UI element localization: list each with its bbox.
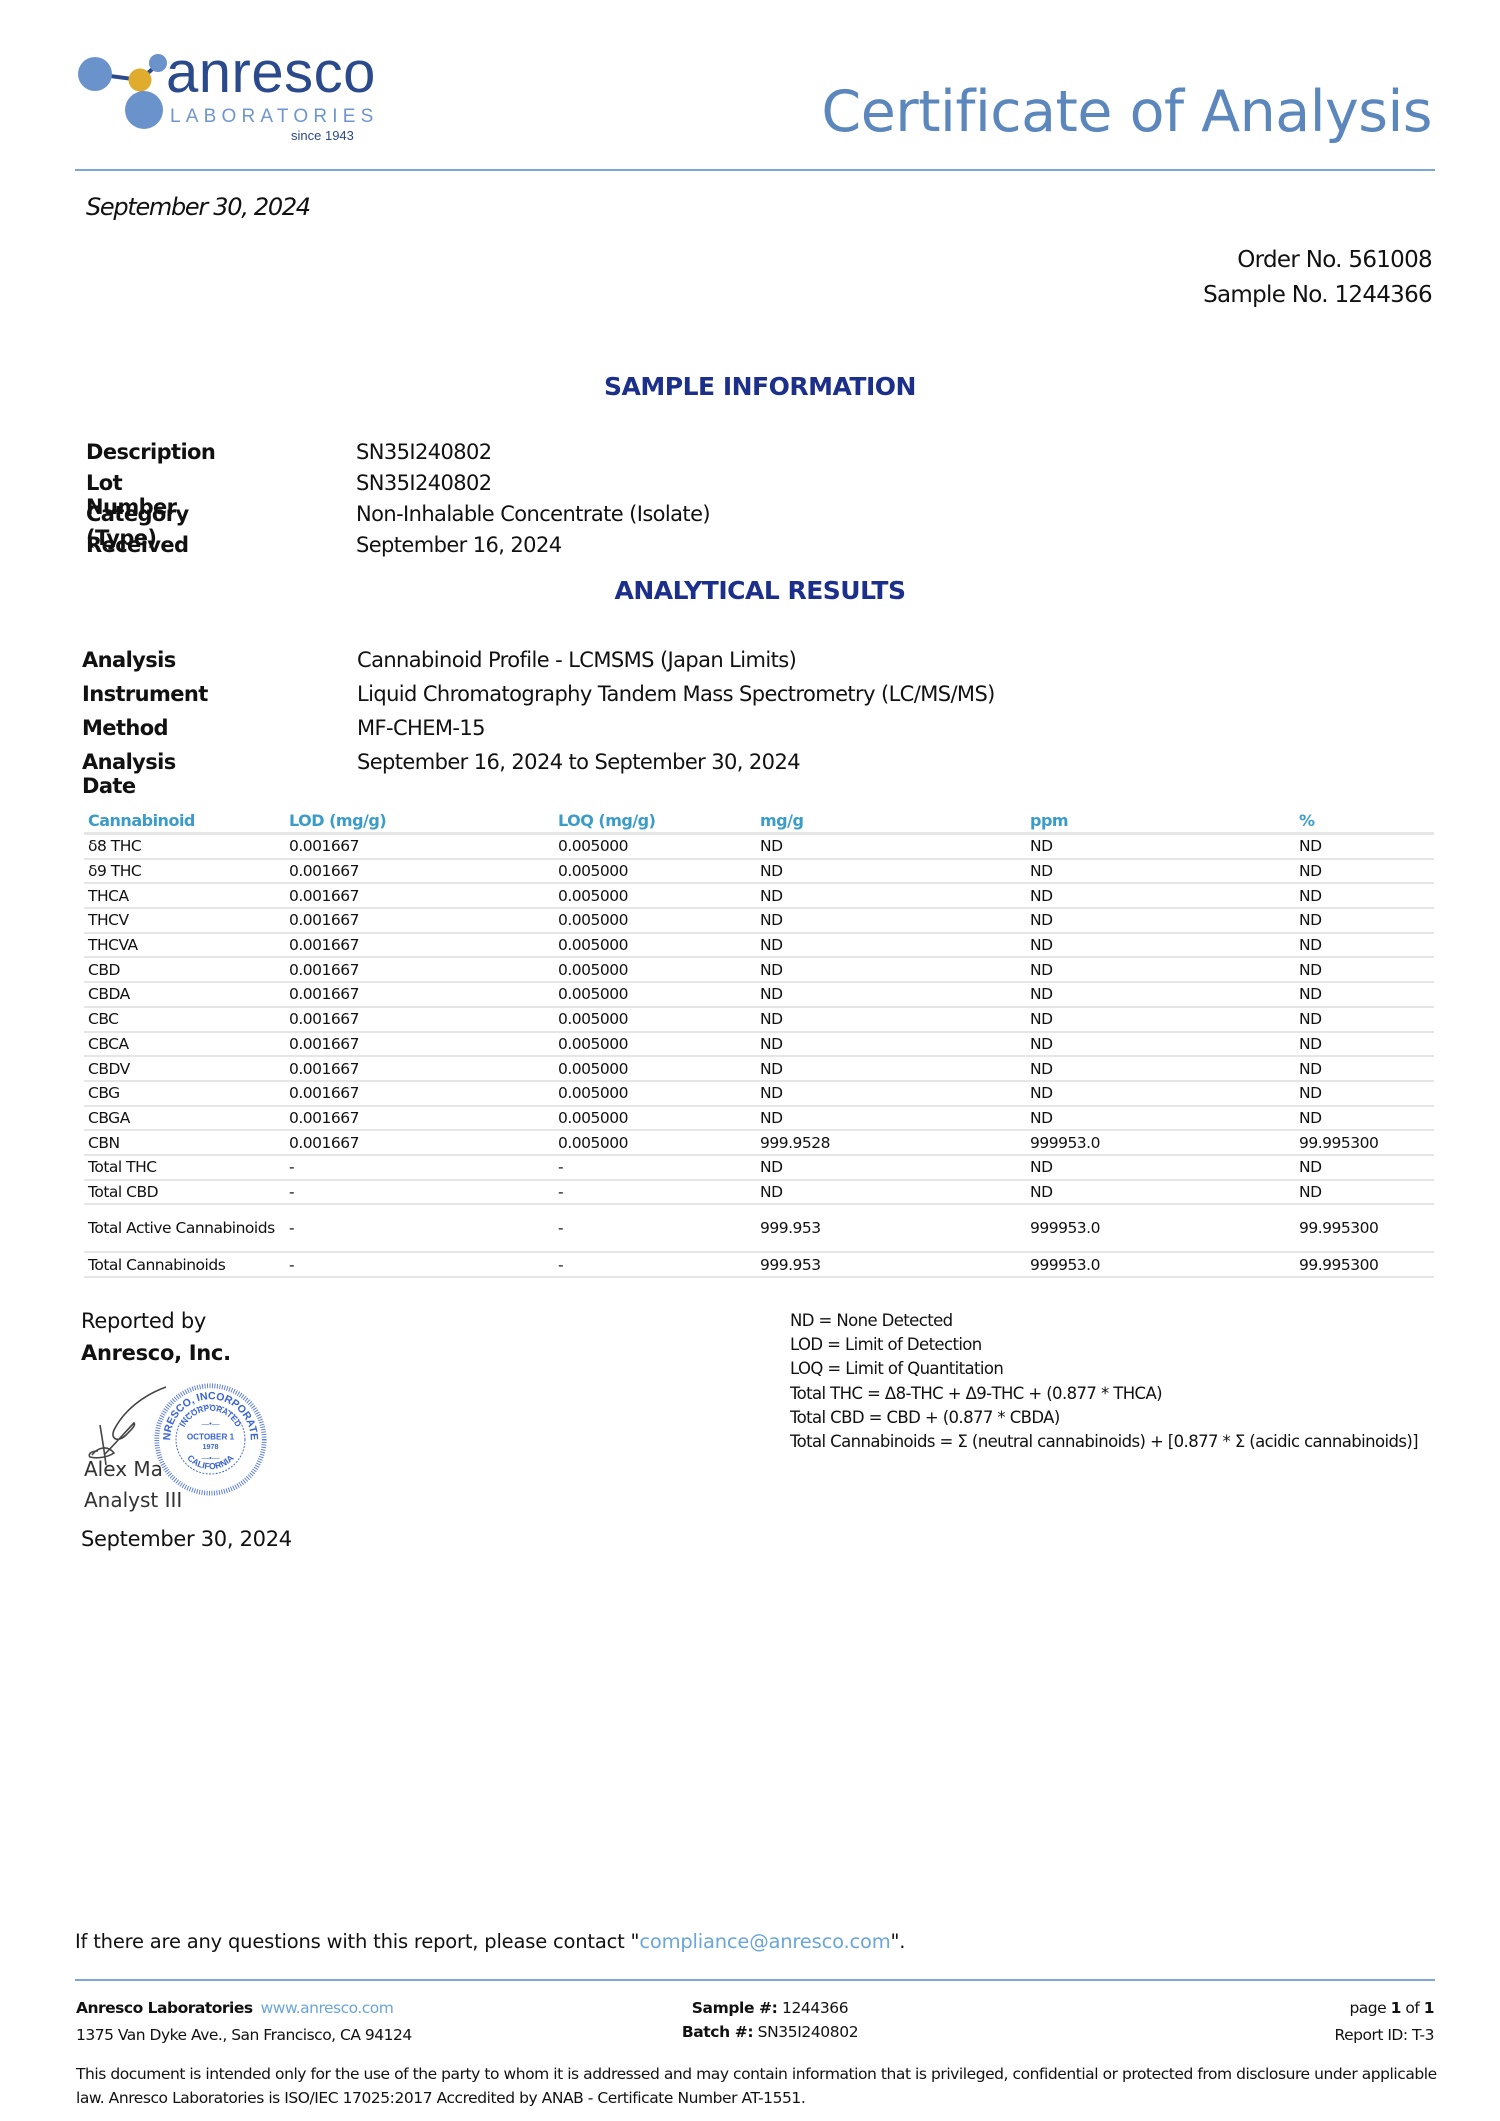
table-cell: 0.001667: [289, 1082, 359, 1105]
table-cell: 0.001667: [289, 909, 359, 932]
molecule-logo-icon: [78, 52, 178, 152]
table-cell: δ8 THC: [88, 835, 141, 858]
column-header: %: [1299, 810, 1315, 832]
abbreviation-notes: ND = None DetectedLOD = Limit of Detecti…: [790, 1309, 1418, 1454]
field-label: Analysis Date: [82, 750, 176, 798]
table-cell: ND: [1030, 884, 1053, 907]
field-label: Method: [82, 716, 168, 740]
table-cell: THCA: [88, 884, 129, 907]
field-value: Cannabinoid Profile - LCMSMS (Japan Limi…: [357, 648, 796, 672]
logo-since: since 1943: [291, 129, 354, 142]
table-row: Total CBD--NDNDND: [84, 1181, 1434, 1206]
table-cell: Total Cannabinoids: [88, 1253, 225, 1276]
table-cell: ND: [1299, 983, 1322, 1006]
field-value: Liquid Chromatography Tandem Mass Spectr…: [357, 682, 995, 706]
table-cell: 999953.0: [1030, 1253, 1100, 1276]
header-divider: [75, 169, 1435, 171]
table-cell: ND: [1030, 1008, 1053, 1031]
table-row: CBCA0.0016670.005000NDNDND: [84, 1033, 1434, 1058]
table-cell: 999.953: [760, 1205, 821, 1251]
table-cell: 0.005000: [558, 884, 628, 907]
table-cell: ND: [1030, 1033, 1053, 1056]
table-cell: ND: [1299, 860, 1322, 883]
table-cell: CBC: [88, 1008, 119, 1031]
table-cell: -: [289, 1156, 294, 1179]
table-row: CBD0.0016670.005000NDNDND: [84, 958, 1434, 983]
column-header: mg/g: [760, 810, 803, 832]
sample-information-heading: SAMPLE INFORMATION: [0, 372, 1500, 401]
field-label: Received: [86, 533, 188, 557]
table-cell: ND: [1030, 1156, 1053, 1179]
table-cell: 0.001667: [289, 884, 359, 907]
table-cell: -: [289, 1181, 294, 1204]
page-of: of: [1401, 1999, 1424, 2017]
table-cell: ND: [760, 909, 783, 932]
website-link[interactable]: www.anresco.com: [261, 1999, 394, 2017]
reported-by: Reported by Anresco, Inc.: [81, 1305, 231, 1369]
table-cell: ND: [1299, 958, 1322, 981]
table-cell: Total THC: [88, 1156, 157, 1179]
table-cell: ND: [760, 958, 783, 981]
table-cell: 999.9528: [760, 1131, 830, 1154]
analytical-results-heading: ANALYTICAL RESULTS: [0, 576, 1500, 605]
field-value: SN35I240802: [356, 440, 492, 464]
table-cell: ND: [760, 983, 783, 1006]
corporate-seal-icon: ANRESCO, INCORPORATED INCORPORATED CALIF…: [153, 1382, 268, 1497]
table-cell: ND: [1030, 1107, 1053, 1130]
table-cell: ND: [1299, 1107, 1322, 1130]
compliance-email-link[interactable]: compliance@anresco.com: [639, 1930, 890, 1953]
table-cell: ND: [1030, 835, 1053, 858]
footer-company: Anresco Laboratorieswww.anresco.com 1375…: [76, 1995, 412, 2049]
table-cell: 999.953: [760, 1253, 821, 1276]
table-cell: 0.005000: [558, 958, 628, 981]
note-line: LOD = Limit of Detection: [790, 1333, 1418, 1357]
logo-wordmark: anresco: [166, 44, 376, 102]
cannabinoid-results-table: CannabinoidLOD (mg/g)LOQ (mg/g)mg/gppm% …: [84, 810, 1434, 1278]
field-value: September 16, 2024: [356, 533, 561, 557]
table-cell: ND: [1299, 1033, 1322, 1056]
table-cell: 999953.0: [1030, 1131, 1100, 1154]
table-cell: ND: [1030, 1181, 1053, 1204]
table-cell: ND: [760, 1082, 783, 1105]
contact-line: If there are any questions with this rep…: [75, 1930, 905, 1953]
table-cell: -: [558, 1156, 563, 1179]
note-line: Total CBD = CBD + (0.877 * CBDA): [790, 1406, 1418, 1430]
table-cell: 0.001667: [289, 1033, 359, 1056]
footer-batch-value: SN35I240802: [758, 2023, 859, 2041]
page-prefix: page: [1349, 1999, 1390, 2017]
table-cell: 0.005000: [558, 1082, 628, 1105]
table-cell: 0.005000: [558, 934, 628, 957]
document-title: Certificate of Analysis: [821, 84, 1432, 141]
table-cell: 0.001667: [289, 958, 359, 981]
table-cell: ND: [760, 1156, 783, 1179]
order-info: Order No. 561008 Sample No. 1244366: [1203, 243, 1432, 313]
table-row: CBG0.0016670.005000NDNDND: [84, 1082, 1434, 1107]
table-row: CBN0.0016670.005000999.9528999953.099.99…: [84, 1131, 1434, 1156]
table-row: Total THC--NDNDND: [84, 1156, 1434, 1181]
table-cell: CBGA: [88, 1107, 130, 1130]
table-row: THCVA0.0016670.005000NDNDND: [84, 934, 1434, 959]
table-cell: -: [558, 1253, 563, 1276]
table-cell: THCV: [88, 909, 129, 932]
field-label: Instrument: [82, 682, 208, 706]
table-cell: 0.005000: [558, 1008, 628, 1031]
table-row: CBDV0.0016670.005000NDNDND: [84, 1057, 1434, 1082]
table-cell: ND: [1030, 1082, 1053, 1105]
table-cell: CBG: [88, 1082, 120, 1105]
table-body: δ8 THC0.0016670.005000NDNDNDδ9 THC0.0016…: [84, 835, 1434, 1278]
svg-text:OCTOBER 1: OCTOBER 1: [187, 1433, 235, 1442]
table-cell: -: [289, 1253, 294, 1276]
table-cell: ND: [760, 1033, 783, 1056]
table-cell: 0.001667: [289, 1008, 359, 1031]
footer-address: 1375 Van Dyke Ave., San Francisco, CA 94…: [76, 2022, 412, 2049]
logo-subtitle: LABORATORIES: [170, 107, 378, 126]
table-cell: 0.001667: [289, 1131, 359, 1154]
table-row: CBGA0.0016670.005000NDNDND: [84, 1107, 1434, 1132]
table-cell: CBCA: [88, 1033, 129, 1056]
contact-suffix: ".: [891, 1930, 906, 1953]
table-cell: CBN: [88, 1131, 120, 1154]
sample-number: Sample No. 1244366: [1203, 278, 1432, 313]
table-cell: 0.001667: [289, 934, 359, 957]
note-line: LOQ = Limit of Quantitation: [790, 1357, 1418, 1381]
table-cell: ND: [1299, 1156, 1322, 1179]
company-logo: anresco LABORATORIES since 1943: [78, 52, 398, 152]
table-cell: 0.005000: [558, 1107, 628, 1130]
order-number: Order No. 561008: [1203, 243, 1432, 278]
report-id: Report ID: T-3: [1335, 2022, 1434, 2049]
table-cell: 0.005000: [558, 909, 628, 932]
column-header: LOD (mg/g): [289, 810, 386, 832]
table-cell: Total CBD: [88, 1181, 158, 1204]
table-cell: 0.005000: [558, 1131, 628, 1154]
table-cell: CBDA: [88, 983, 130, 1006]
table-cell: ND: [1299, 1181, 1322, 1204]
column-header: Cannabinoid: [88, 810, 195, 832]
table-row: Total Active Cannabinoids--999.953999953…: [84, 1205, 1434, 1253]
table-cell: ND: [760, 860, 783, 883]
table-cell: 99.995300: [1299, 1131, 1378, 1154]
table-cell: ND: [1030, 860, 1053, 883]
table-cell: ND: [1030, 1057, 1053, 1080]
column-header: ppm: [1030, 810, 1068, 832]
table-cell: 999953.0: [1030, 1205, 1100, 1251]
table-cell: ND: [1030, 934, 1053, 957]
table-cell: ND: [1299, 884, 1322, 907]
table-cell: -: [289, 1205, 294, 1251]
disclaimer: This document is intended only for the u…: [76, 2062, 1446, 2110]
svg-text:1978: 1978: [203, 1443, 219, 1451]
reported-by-label: Reported by: [81, 1305, 231, 1337]
table-cell: ND: [1299, 1008, 1322, 1031]
table-row: CBDA0.0016670.005000NDNDND: [84, 983, 1434, 1008]
table-cell: ND: [760, 1057, 783, 1080]
table-cell: ND: [1299, 1057, 1322, 1080]
table-cell: 0.005000: [558, 1033, 628, 1056]
table-cell: 99.995300: [1299, 1205, 1378, 1251]
table-cell: 0.005000: [558, 983, 628, 1006]
table-cell: 99.995300: [1299, 1253, 1378, 1276]
table-cell: 0.001667: [289, 860, 359, 883]
table-row: THCA0.0016670.005000NDNDND: [84, 884, 1434, 909]
table-cell: ND: [1030, 983, 1053, 1006]
footer-sample-batch: Sample #: 1244366 Batch #: SN35I240802: [640, 1996, 900, 2044]
table-cell: ND: [1299, 909, 1322, 932]
table-row: δ8 THC0.0016670.005000NDNDND: [84, 835, 1434, 860]
table-cell: ND: [1299, 1082, 1322, 1105]
note-line: Total Cannabinoids = Σ (neutral cannabin…: [790, 1430, 1418, 1454]
field-label: Description: [86, 440, 215, 464]
report-date: September 30, 2024: [86, 193, 310, 221]
field-value: MF-CHEM-15: [357, 716, 485, 740]
table-cell: ND: [1030, 958, 1053, 981]
table-cell: THCVA: [88, 934, 138, 957]
table-cell: ND: [760, 1181, 783, 1204]
table-cell: Total Active Cannabinoids: [88, 1205, 278, 1251]
field-label: Analysis: [82, 648, 176, 672]
footer-divider: [75, 1979, 1435, 1981]
table-cell: ND: [1030, 909, 1053, 932]
table-cell: ND: [760, 1107, 783, 1130]
table-cell: ND: [1299, 835, 1322, 858]
table-cell: -: [558, 1205, 563, 1251]
footer-sample-value: 1244366: [782, 1999, 848, 2017]
reporting-organization: Anresco, Inc.: [81, 1337, 231, 1369]
field-value: September 16, 2024 to September 30, 2024: [357, 750, 800, 774]
table-cell: δ9 THC: [88, 860, 141, 883]
table-cell: 0.005000: [558, 835, 628, 858]
table-cell: 0.001667: [289, 1057, 359, 1080]
footer-batch-label: Batch #:: [682, 2023, 753, 2041]
field-value: Non-Inhalable Concentrate (Isolate): [356, 502, 710, 526]
note-line: Total THC = Δ8-THC + Δ9-THC + (0.877 * T…: [790, 1382, 1418, 1406]
table-cell: 0.005000: [558, 860, 628, 883]
table-row: δ9 THC0.0016670.005000NDNDND: [84, 860, 1434, 885]
table-cell: ND: [760, 835, 783, 858]
table-cell: 0.005000: [558, 1057, 628, 1080]
table-cell: -: [558, 1181, 563, 1204]
footer-page-info: page 1 of 1 Report ID: T-3: [1335, 1995, 1434, 2049]
table-cell: ND: [760, 884, 783, 907]
table-cell: CBDV: [88, 1057, 130, 1080]
table-row: Total Cannabinoids--999.953999953.099.99…: [84, 1253, 1434, 1278]
field-value: SN35I240802: [356, 471, 492, 495]
table-cell: 0.001667: [289, 835, 359, 858]
page-current: 1: [1391, 1999, 1401, 2017]
note-line: ND = None Detected: [790, 1309, 1418, 1333]
page-total: 1: [1424, 1999, 1434, 2017]
page-indicator: page 1 of 1: [1335, 1995, 1434, 2022]
table-header-row: CannabinoidLOD (mg/g)LOQ (mg/g)mg/gppm%: [84, 810, 1434, 835]
table-cell: ND: [760, 1008, 783, 1031]
svg-text:—•—: —•—: [202, 1419, 220, 1428]
table-cell: ND: [760, 934, 783, 957]
table-cell: 0.001667: [289, 1107, 359, 1130]
table-cell: ND: [1299, 934, 1322, 957]
signature-date: September 30, 2024: [81, 1527, 292, 1551]
svg-text:—•—: —•—: [202, 1454, 220, 1463]
footer-sample-label: Sample #:: [692, 1999, 778, 2017]
footer-company-name: Anresco Laboratories: [76, 1999, 253, 2017]
table-cell: 0.001667: [289, 983, 359, 1006]
contact-prefix: If there are any questions with this rep…: [75, 1930, 639, 1953]
table-row: CBC0.0016670.005000NDNDND: [84, 1008, 1434, 1033]
table-row: THCV0.0016670.005000NDNDND: [84, 909, 1434, 934]
column-header: LOQ (mg/g): [558, 810, 655, 832]
table-cell: CBD: [88, 958, 120, 981]
